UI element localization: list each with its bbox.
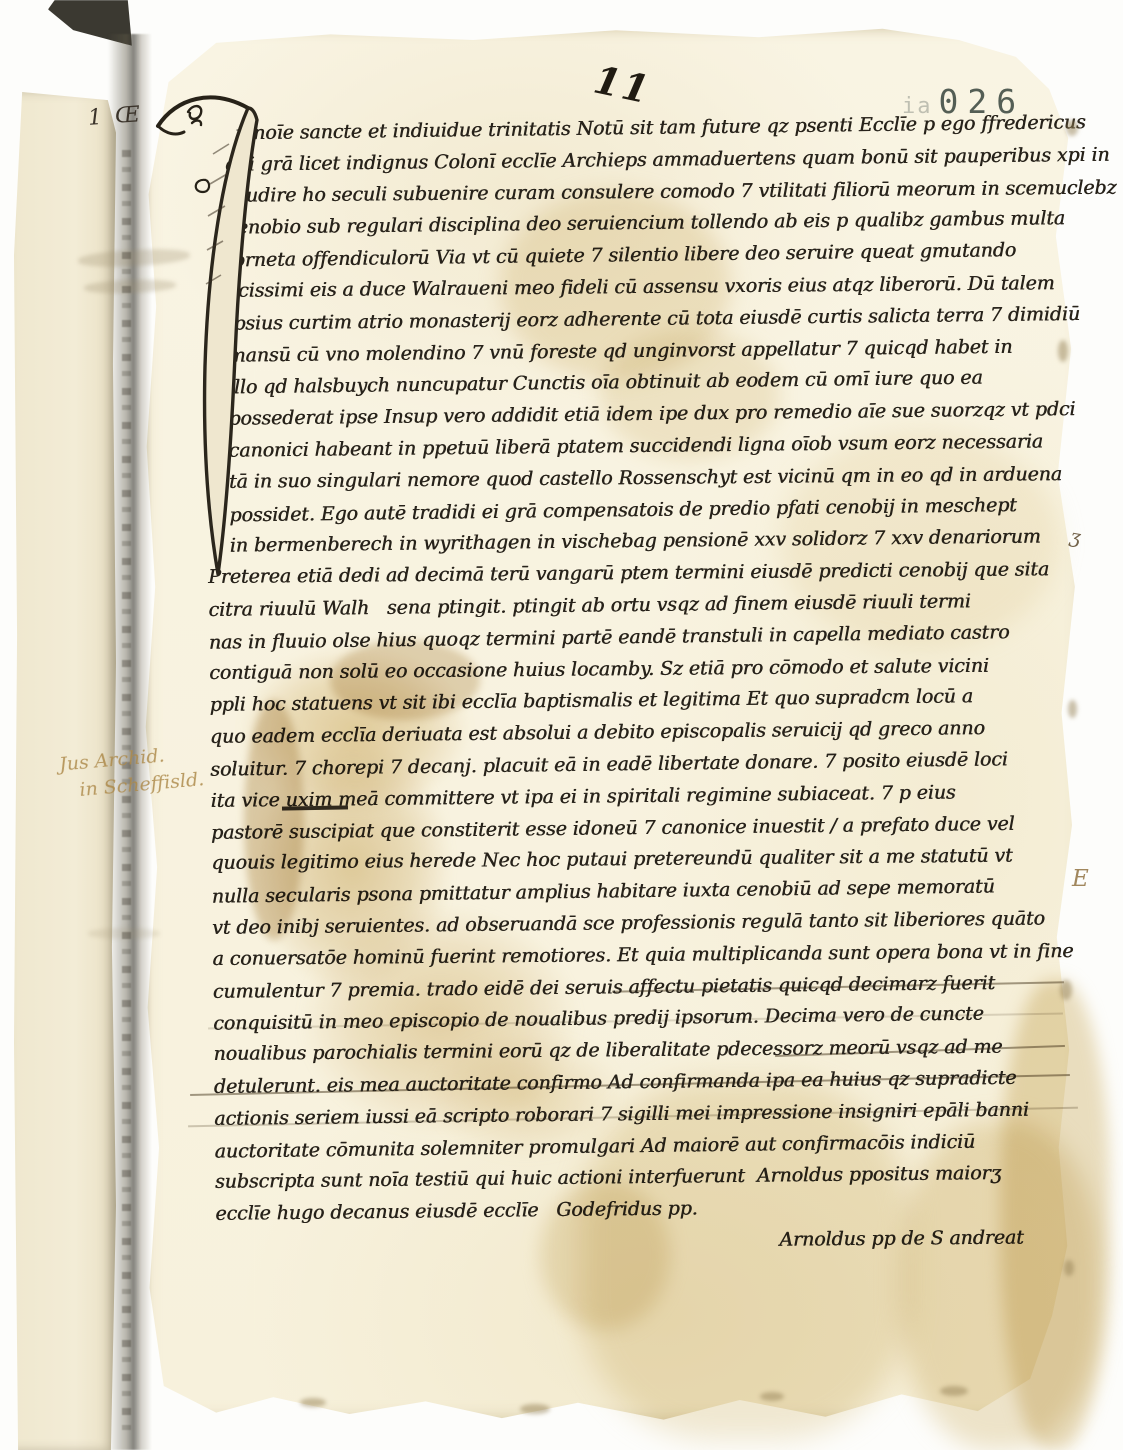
deckle-spot bbox=[1060, 980, 1072, 1000]
charter-text: n noīe sancte et indiuidue trinitatis No… bbox=[203, 108, 1090, 1263]
deckle-spot bbox=[300, 1398, 326, 1407]
deckle-spot bbox=[940, 1386, 968, 1396]
deckle-spot bbox=[1058, 340, 1068, 362]
archive-stamp: ia026 bbox=[902, 82, 1025, 121]
deckle-spot bbox=[760, 1392, 784, 1401]
deckle-spot bbox=[1064, 1260, 1074, 1276]
manuscript-scan: 11 ia026 1 Œ n noīe sancte et indiuidue … bbox=[0, 0, 1123, 1450]
deckle-spot bbox=[1066, 120, 1078, 136]
decorated-initial-I bbox=[150, 84, 270, 589]
right-margin-mark-bottom: E bbox=[1072, 866, 1089, 892]
deckle-spot bbox=[1068, 700, 1077, 718]
deckle-spot bbox=[520, 1404, 550, 1414]
quire-mark: 1 Œ bbox=[87, 102, 144, 131]
stamp-prefix: ia bbox=[902, 94, 933, 119]
stamp-number: 026 bbox=[939, 82, 1026, 121]
